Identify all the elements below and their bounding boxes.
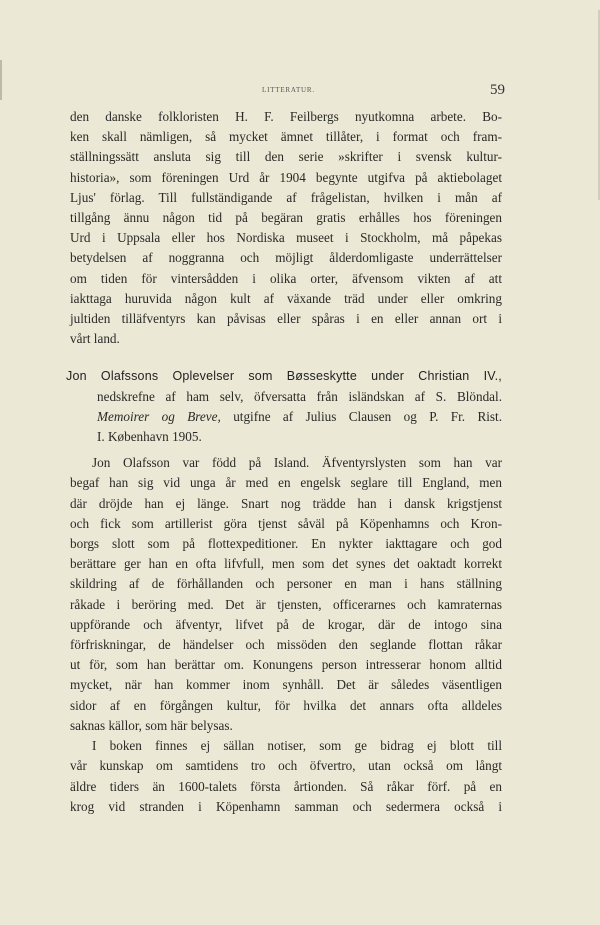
text-line: råkade i beröring med. Det är tjensten, … bbox=[70, 595, 502, 615]
text-line: ställningssätt ansluta sig till den seri… bbox=[70, 147, 502, 167]
text-line: där dröjde han ej länge. Snart nog trädd… bbox=[70, 494, 502, 514]
text-line: jultiden tilläfventyrs kan påvisas eller… bbox=[70, 309, 502, 329]
page-body: den danske folkloristen H. F. Feilbergs … bbox=[70, 107, 502, 817]
running-head: LITTERATUR. bbox=[262, 86, 315, 94]
text-line: iakttaga huruvida någon kult af växande … bbox=[70, 289, 502, 309]
review-paragraph-1: Jon Olafsson var född på Island. Äfventy… bbox=[70, 453, 502, 736]
review-paragraph-2: I boken finnes ej sällan notiser, som ge… bbox=[70, 736, 502, 817]
text-line: vår kunskap om samtidens tro och öfvertr… bbox=[70, 756, 502, 776]
text-line: uppförande och äfventyr, lifvet på de kr… bbox=[70, 615, 502, 635]
biblio-line: I. København 1905. bbox=[97, 427, 502, 447]
text-line: berättare ger han en ofta lifvfull, men … bbox=[70, 554, 502, 574]
text-line: I boken finnes ej sällan notiser, som ge… bbox=[70, 736, 502, 756]
text-line: den danske folkloristen H. F. Feilbergs … bbox=[70, 107, 502, 127]
text-line: krog vid stranden i Köpenhamn samman och… bbox=[70, 797, 502, 817]
text-line: skildring af de förhållanden och persone… bbox=[70, 574, 502, 594]
biblio-line: Memoirer og Breve, utgifne af Julius Cla… bbox=[97, 407, 502, 427]
text-line: saknas källor, som här belysas. bbox=[70, 716, 502, 736]
text-line: borgs slott som på flottexpeditioner. En… bbox=[70, 534, 502, 554]
text-line: Ljus' förlag. Till fullständigande af fr… bbox=[70, 188, 502, 208]
text-line: betydelsen af noggranna och möjligt ålde… bbox=[70, 248, 502, 268]
scan-edge-shadow-left bbox=[0, 60, 2, 100]
series-title: Memoirer og Breve, bbox=[97, 409, 221, 424]
text-line: ken skall nämligen, så mycket ämnet till… bbox=[70, 127, 502, 147]
text-line: vårt land. bbox=[70, 329, 502, 349]
text-line: tillgång ännu någon tid på begäran grati… bbox=[70, 208, 502, 228]
text-line: äldre tiders än 1600-talets första årtio… bbox=[70, 777, 502, 797]
text-line: sidor af en förgången kultur, för hvilka… bbox=[70, 696, 502, 716]
text-line: om tiden för vintersådden i olika orter,… bbox=[70, 269, 502, 289]
entry-title: Jon Olafssons Oplevelser som Bøsseskytte… bbox=[66, 366, 502, 386]
text-line: begaf han sig vid unga år med en engelsk… bbox=[70, 473, 502, 493]
text-line: Urd i Uppsala eller hos Nordiska museet … bbox=[70, 228, 502, 248]
entry-bibliography: nedskrefne af ham selv, öfversatta från … bbox=[70, 387, 502, 448]
page-number: 59 bbox=[490, 82, 505, 99]
text-line: historia», som föreningen Urd år 1904 be… bbox=[70, 168, 502, 188]
text-line: och fick som artillerist göra tjenst såv… bbox=[70, 514, 502, 534]
continuation-paragraph: den danske folkloristen H. F. Feilbergs … bbox=[70, 107, 502, 349]
text-line: Jon Olafsson var född på Island. Äfventy… bbox=[70, 453, 502, 473]
text-line: ut för, som han berättar om. Konungens p… bbox=[70, 655, 502, 675]
review-entry: Jon Olafssons Oplevelser som Bøsseskytte… bbox=[70, 366, 502, 447]
text-line: mycket, när han kommer inom synhåll. Det… bbox=[70, 675, 502, 695]
biblio-line-rest: utgifne af Julius Clausen og P. Fr. Rist… bbox=[233, 409, 502, 424]
biblio-line: nedskrefne af ham selv, öfversatta från … bbox=[97, 387, 502, 407]
text-line: förfriskningar, de händelser och missöde… bbox=[70, 635, 502, 655]
